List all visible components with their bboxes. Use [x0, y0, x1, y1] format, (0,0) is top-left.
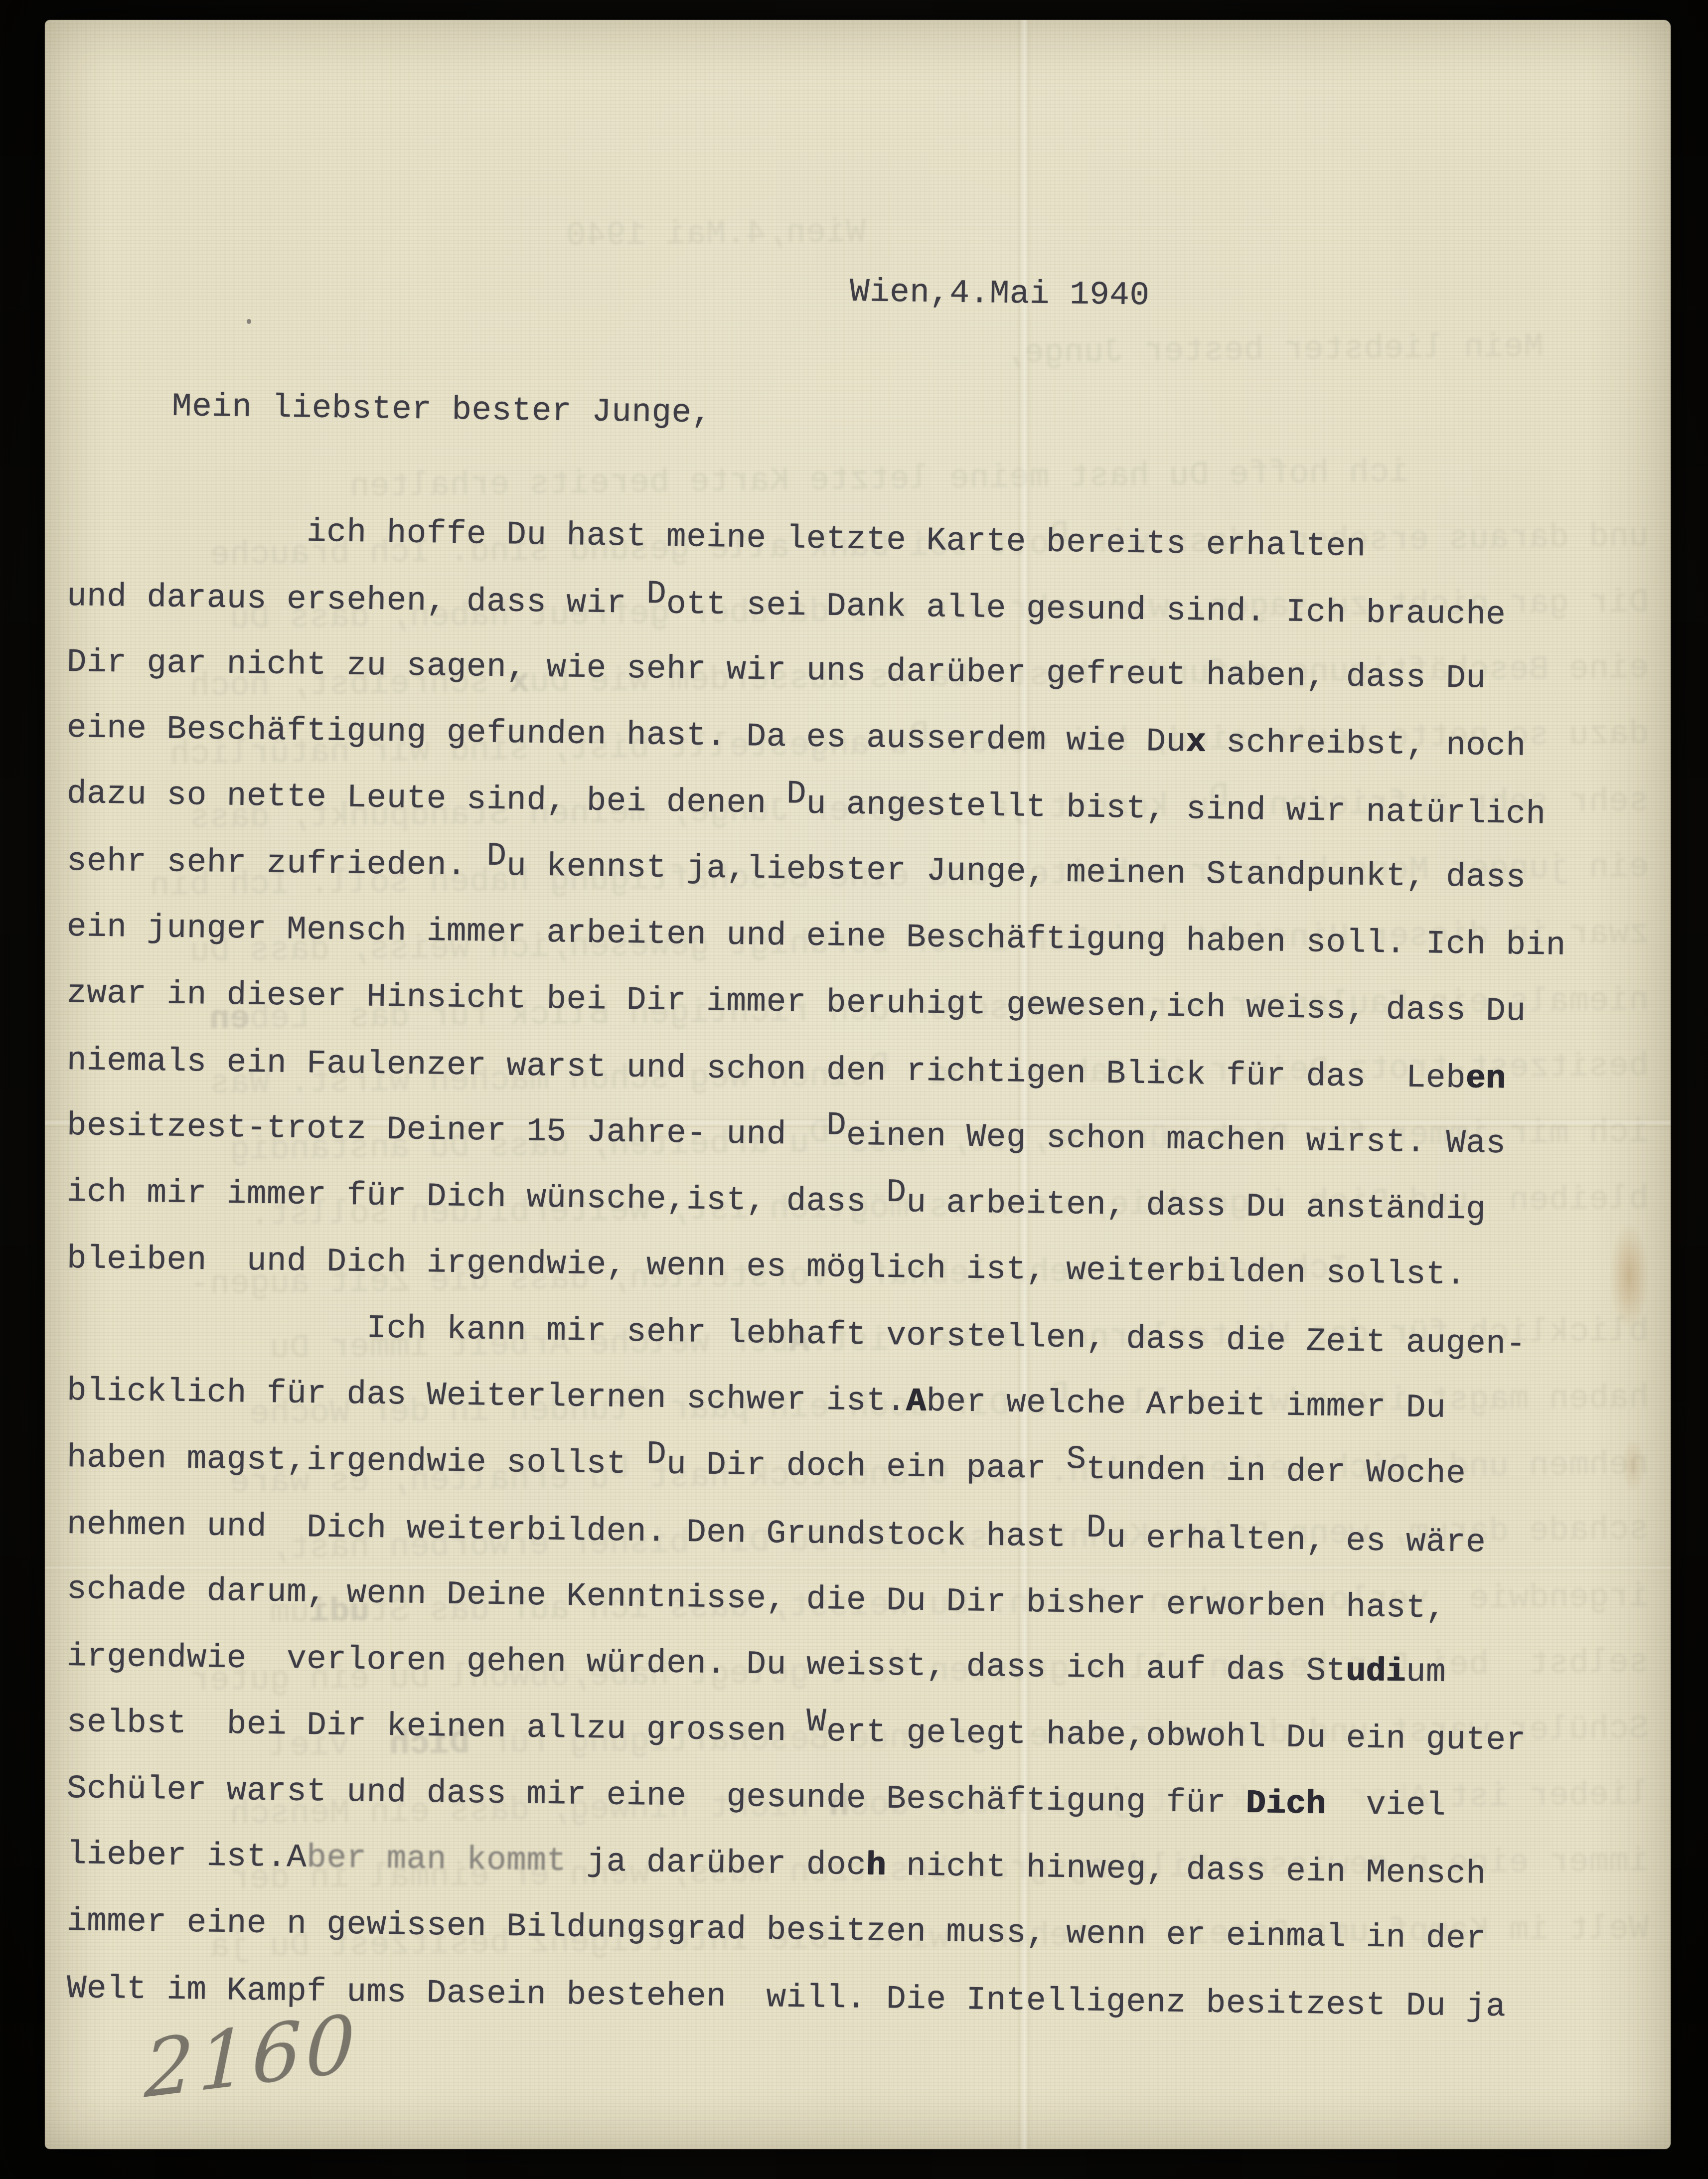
- date-line: Wien,4.Mai 1940: [849, 259, 1150, 329]
- letter-page: Wien,4.Mai 1940 Mein liebster bester Jun…: [45, 20, 1671, 2149]
- salutation: Mein liebster bester Junge,: [171, 373, 712, 447]
- letter-body: ich hoffe Du hast meine letzte Karte ber…: [67, 496, 1566, 2021]
- scanner-background: { "page": { "kind": "Scanned typewritten…: [0, 0, 1708, 2179]
- typewritten-text-layer: Wien,4.Mai 1940 Mein liebster bester Jun…: [45, 20, 1671, 2149]
